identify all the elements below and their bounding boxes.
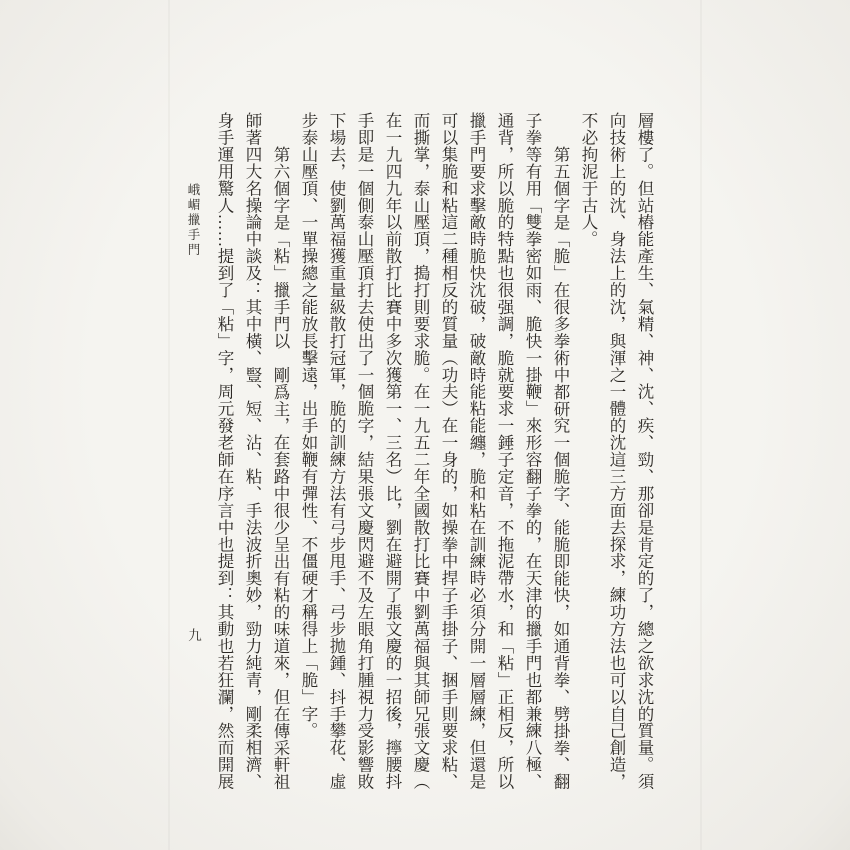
text-column: 而撕掌，泰山壓頂，搗打則要求脆。在一九五二年全國散打比賽中劉萬福與其師兄張文慶（ [406, 112, 434, 794]
running-title: 峨嵋擸手門 [184, 183, 202, 258]
text-column: 可以集脆和粘這二種相反的質量（功夫）在一身的，如操拳中捍子手掛子、捆手則要求粘、 [434, 112, 462, 794]
text-column: 不必拘泥于古人。 [574, 112, 602, 794]
text-column: 手即是一個側泰山壓頂打去使出了一個脆字，結果張文慶閃避不及左眼角打腫視力受影響敗 [350, 112, 378, 794]
text-column: 身手運用驚人……提到了「粘」字，周元發老師在序言中也提到：其動也若狂瀾，然而開展 [210, 112, 238, 794]
text-column: 第六個字是「粘」擸手門以 剛爲主，在套路中很少呈出有粘的味道來，但在傳采軒祖 [266, 112, 294, 794]
text-column: 通背，所以脆的特點也很强調，脆就要求一錘子定音，不拖泥帶水，和「粘」正相反，所以 [490, 112, 518, 794]
text-column: 步泰山壓頂、一單操總之能放長擊遠，出手如鞭有彈性、不僵硬才稱得上「脆」字。 [294, 112, 322, 794]
text-column: 第五個字是「脆」在很多拳術中都研究一個脆字、能脆即能快，如通背拳、劈掛拳、翻 [546, 112, 574, 794]
text-column: 子拳等有用「雙拳密如雨、脆快一掛鞭」來形容翻子拳的，在天津的擸手門也都兼練八極、 [518, 112, 546, 794]
text-column: 層樓了。但站樁能產生、氣精、神、沈、疾、勁、那卻是肯定的了，總之欲求沈的質量。須 [630, 112, 658, 794]
page-text: 層樓了。但站樁能產生、氣精、神、沈、疾、勁、那卻是肯定的了，總之欲求沈的質量。須… [210, 112, 658, 794]
scan-artifact [168, 0, 170, 850]
scan-artifact [700, 0, 702, 850]
page-number: 九 [183, 628, 203, 642]
text-column: 向技術上的沈、身法上的沈，與渾之一體的沈這三方面去探求，練功方法也可以自己創造， [602, 112, 630, 794]
text-column: 擸手門要求擊敵時脆快沈破，破敵時能粘能纏，脆和粘在訓練時必須分開一層層練，但還是 [462, 112, 490, 794]
text-column: 師著四大名操論中談及：其中橫、豎、短、沾、粘、手法波折奧妙，勁力純青，剛柔相濟、 [238, 112, 266, 794]
text-column: 在一九四九年以前散打比賽中多次獲第一、三名）比，劉在避開了張文慶的一招後，擰腰抖 [378, 112, 406, 794]
text-column: 下場去，使劉萬福獲重量級散打冠軍，脆的訓練方法有弓步甩手、弓步拋鍾、抖手攀花、虛 [322, 112, 350, 794]
book-page: 層樓了。但站樁能產生、氣精、神、沈、疾、勁、那卻是肯定的了，總之欲求沈的質量。須… [0, 0, 850, 850]
